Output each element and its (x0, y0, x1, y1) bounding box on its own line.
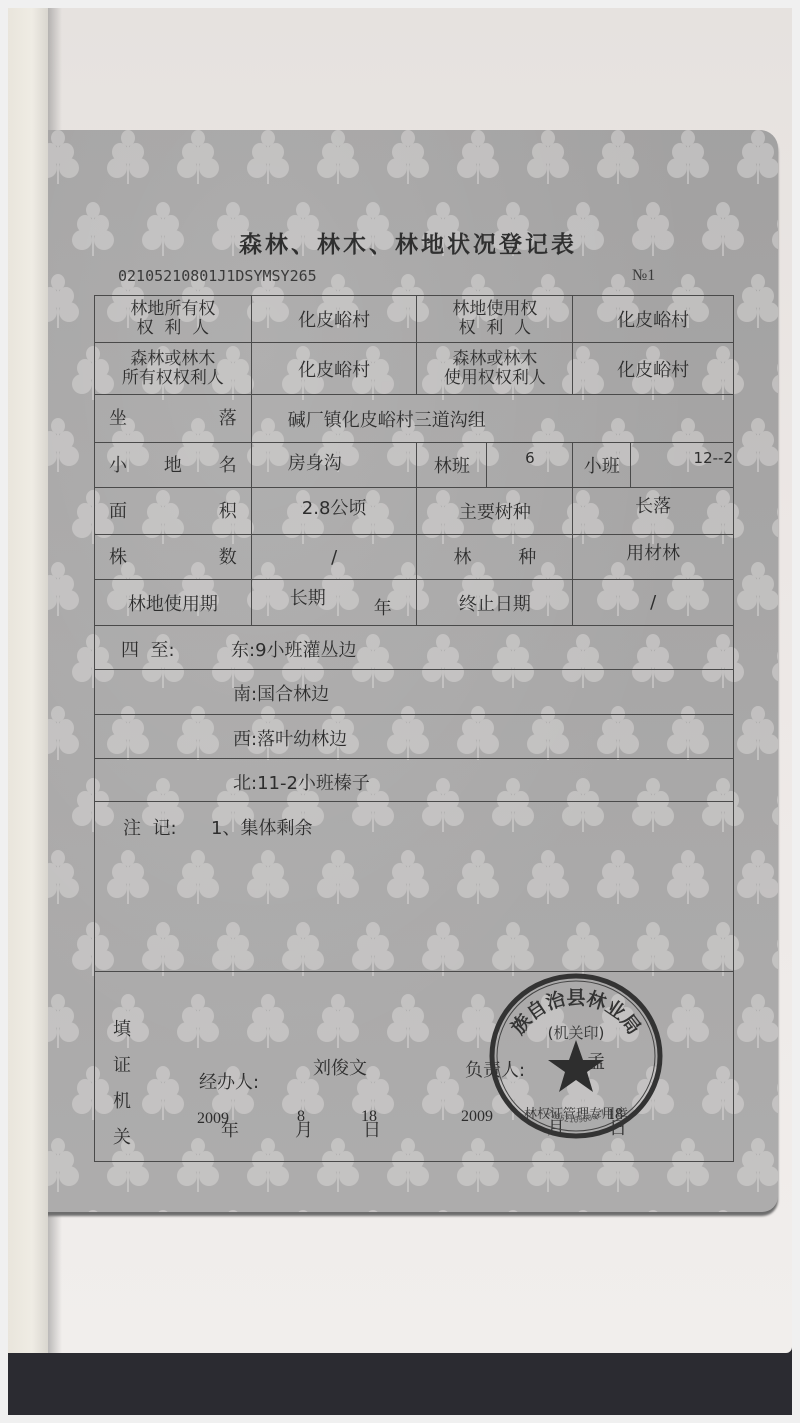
forest-class-value: 6 (487, 443, 573, 488)
boundary-east: 东:9小班灌丛边 (231, 636, 357, 662)
table-row: 森林或林木所有权权利人 化皮峪村 森林或林木使用权权利人 化皮峪村 (95, 343, 734, 395)
table-surface (8, 1353, 792, 1415)
land-user-label: 林地使用权权 利 人 (417, 296, 573, 343)
tree-count-label: 株数 (95, 535, 252, 580)
boundary-south: 南:国合林边 (233, 680, 329, 706)
table-row: 四 至: 东:9小班灌丛边 (95, 626, 734, 670)
end-date-value: / (573, 580, 734, 626)
photo-frame: 森林、林木、林地状况登记表 02105210801J1DSYMSY265 №1 … (8, 8, 792, 1415)
location-value: 碱厂镇化皮峪村三道沟组 (251, 395, 733, 443)
main-species-value: 长落 (573, 488, 734, 535)
issuer-label: 填 证 机 关 (113, 1012, 131, 1156)
land-user-value: 化皮峪村 (573, 296, 734, 343)
boundary-west: 西:落叶幼林边 (233, 725, 347, 751)
tree-count-value: / (251, 535, 417, 580)
table-row: 株数 / 林种 用材林 (95, 535, 734, 580)
book-binding (8, 8, 48, 1403)
forest-type-label: 林种 (417, 535, 573, 580)
table-row: 坐落 碱厂镇化皮峪村三道沟组 (95, 395, 734, 443)
table-row: 面积 2.8公顷 主要树种 长落 (95, 488, 734, 535)
use-term-value: 长期 (290, 584, 326, 610)
forest-registration-form: 森林、林木、林地状况登记表 02105210801J1DSYMSY265 №1 … (38, 130, 778, 1212)
table-row: 西:落叶幼林边 (95, 715, 734, 759)
forest-user-label: 森林或林木使用权权利人 (417, 343, 573, 395)
table-row: 林地所有权权 利 人 化皮峪村 林地使用权权 利 人 化皮峪村 (95, 296, 734, 343)
use-term-cell: 长期 年 (251, 580, 417, 626)
area-label: 面积 (95, 488, 252, 535)
handler-name: 刘俊文 (313, 1054, 367, 1080)
star-icon (548, 1040, 604, 1092)
place-name-label: 小地名 (95, 443, 252, 488)
handler-label: 经办人: (199, 1068, 259, 1094)
table-row: 南:国合林边 (95, 670, 734, 715)
sub-class-label: 小班 (573, 443, 631, 488)
notes-label: 注 记: (123, 814, 177, 840)
table-row: 北:11-2小班榛子 (95, 759, 734, 802)
handler-date-month-unit: 月 (295, 1116, 313, 1142)
official-seal: 族自治县林业局 (机关印) 林权证管理专用章 2105210900027 (488, 972, 664, 1140)
seal-middle-text: (机关印) (548, 1024, 605, 1042)
boundaries-label: 四 至: (121, 636, 175, 662)
area-value: 2.8公顷 (251, 488, 417, 535)
form-title: 森林、林木、林地状况登记表 (38, 226, 778, 259)
forest-user-value: 化皮峪村 (573, 343, 734, 395)
handler-date-year-unit: 年 (221, 1116, 239, 1142)
forest-owner-label: 森林或林木所有权权利人 (95, 343, 252, 395)
land-owner-label: 林地所有权权 利 人 (95, 296, 252, 343)
boundary-north: 北:11-2小班榛子 (233, 769, 370, 795)
end-date-label: 终止日期 (417, 580, 573, 626)
land-owner-value: 化皮峪村 (251, 296, 417, 343)
table-row: 林地使用期 长期 年 终止日期 / (95, 580, 734, 626)
use-term-unit: 年 (374, 594, 392, 620)
forest-type-value: 用材林 (573, 535, 734, 580)
notes-value: 1、集体剩余 (211, 814, 312, 840)
serial-number: 02105210801J1DSYMSY265 (118, 267, 317, 285)
main-species-label: 主要树种 (417, 488, 573, 535)
location-label: 坐落 (95, 395, 252, 443)
table-row: 注 记: 1、集体剩余 (95, 802, 734, 972)
handler-date-day-unit: 日 (363, 1116, 381, 1142)
table-row: 小地名 房身沟 林班 6 小班 12--2 (95, 443, 734, 488)
forest-owner-value: 化皮峪村 (251, 343, 417, 395)
sub-class-value: 12--2 (631, 443, 734, 488)
forest-class-label: 林班 (417, 443, 487, 488)
use-term-label: 林地使用期 (95, 580, 252, 626)
place-name-value: 房身沟 (251, 443, 417, 488)
sheet-number: №1 (632, 267, 655, 285)
